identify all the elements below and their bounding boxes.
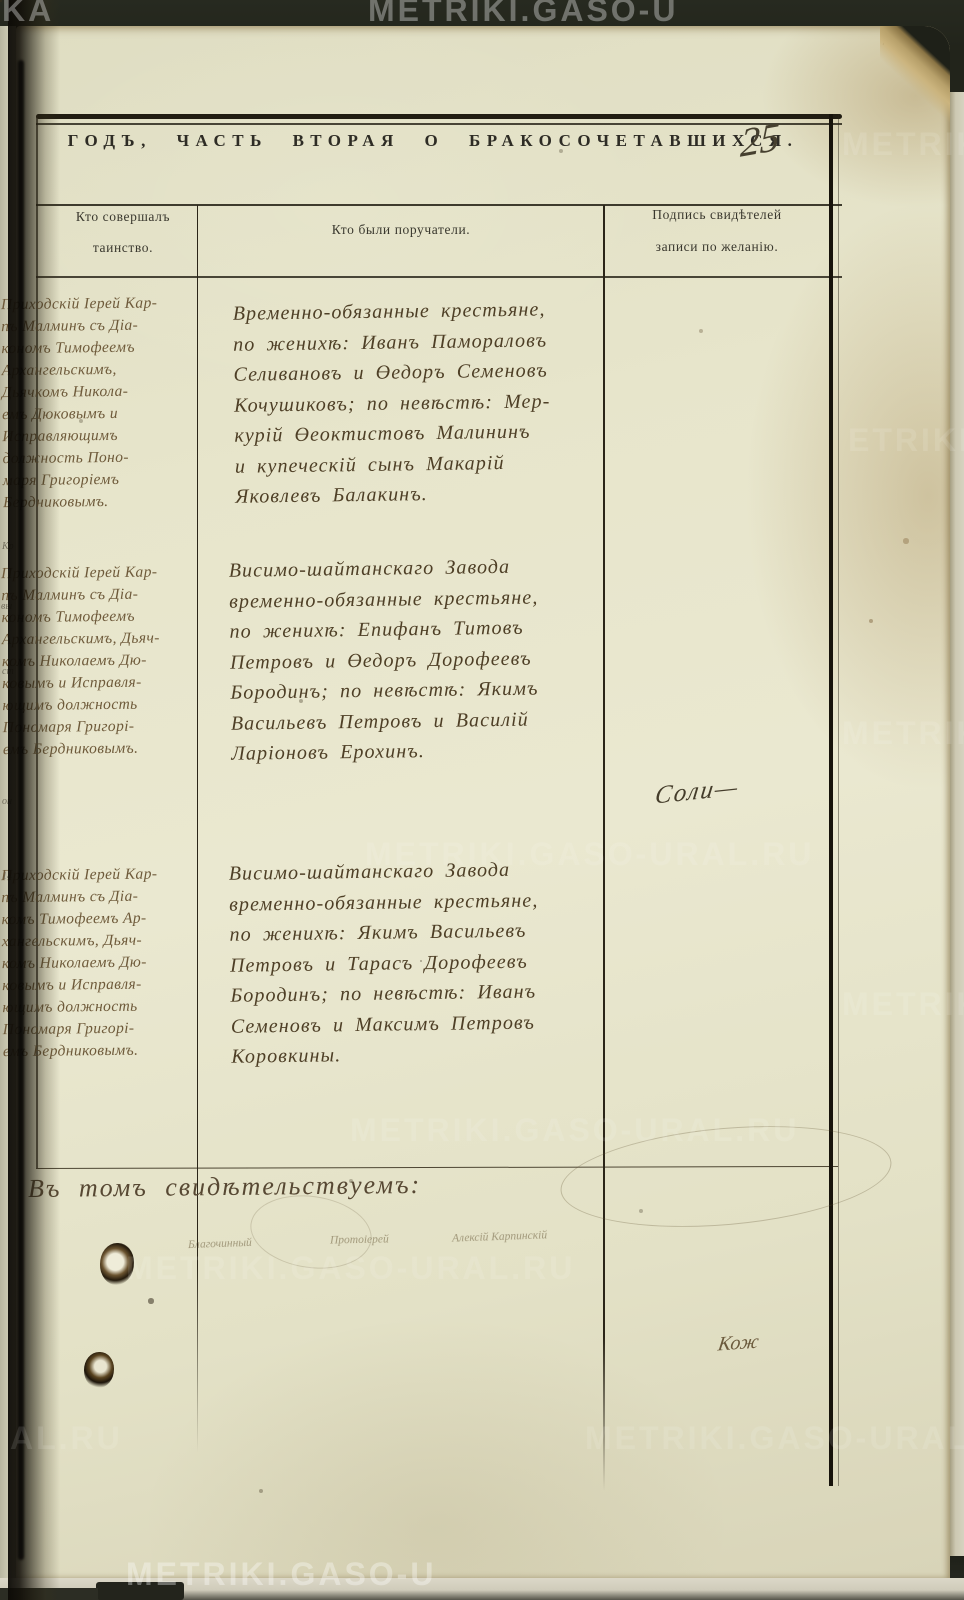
watermark-text: AL.RU <box>10 1420 123 1457</box>
handwritten-line: комъ Николаемъ Дю- <box>2 951 214 975</box>
handwritten-line: Бердниковымъ. <box>3 490 215 514</box>
handwritten-line: кономъ Тимофеемъ <box>1 336 213 360</box>
handwritten-line: ющимъ должность <box>2 693 214 717</box>
handwritten-line: маря Григоріемъ <box>3 468 215 492</box>
entry1-officiant-text: Приходскій Іерей Кар-пъ Малминъ съ Діа-к… <box>1 292 215 514</box>
table-right-border-inner <box>838 114 839 1486</box>
watermark-text: ETRIKI <box>848 422 964 459</box>
handwritten-line: Дьячкомъ Никола- <box>2 380 214 404</box>
gutter-shadow <box>18 60 24 1560</box>
handwritten-line: кономъ Тимофеемъ <box>1 605 213 629</box>
attestation-text: Въ томъ свидѣтельствуемъ: <box>28 1170 421 1204</box>
register-title: ГОДЪ, ЧАСТЬ ВТОРАЯ О БРАКОСОЧЕТАВШИХСЯ. <box>36 131 830 151</box>
paper-sheet <box>16 26 950 1581</box>
watermark-text: METRIKI.GASO-U <box>126 1556 436 1593</box>
handwritten-line: ковымъ и Исправля- <box>2 671 214 695</box>
entry1-witnesses-text: Временно-обязанные крестьяне,по женихѣ: … <box>233 293 636 512</box>
handwritten-line: Приходскій Іерей Кар- <box>1 292 213 316</box>
handwritten-line: Приходскій Іерей Кар- <box>1 863 213 887</box>
entry2-witnesses-text: Висимо-шайтанскаго Заводавременно-обязан… <box>229 550 632 769</box>
watermark-text: METRIKI <box>842 126 964 163</box>
previous-page-edge: Кр вы ст он 14 <box>0 26 16 1578</box>
handwritten-line: Пономаря Григорі- <box>3 1017 215 1041</box>
handwritten-line: Пономаря Григорі- <box>3 715 215 739</box>
handwritten-line: пъ Малминъ съ Діа- <box>1 885 213 909</box>
handwritten-line: Яковлевъ Балакинъ. <box>235 476 635 512</box>
handwritten-line: ковымъ и Исправля- <box>2 973 214 997</box>
bottom-shadow <box>0 1588 98 1600</box>
watermark-text: METRIKI.GASO-URAL.RU <box>585 1420 964 1457</box>
margin-annotation: Кож <box>716 1330 760 1356</box>
watermark-text: METRIKI.GASO-URAL.RU <box>126 1250 575 1287</box>
watermark-text: KA <box>2 0 54 29</box>
table-top-border <box>36 114 842 119</box>
watermark-text: METRIKI.GASO-U <box>368 0 678 29</box>
column-header-officiant-line2: таинство. <box>50 240 196 256</box>
entry3-officiant-text: Приходскій Іерей Кар-пъ Малминъ съ Діа-к… <box>1 863 215 1063</box>
handwritten-line: емъ Бердниковымъ. <box>3 737 215 761</box>
entry3-witnesses-text: Висимо-шайтанскаго Заводавременно-обязан… <box>229 853 632 1072</box>
watermark-text: METRIKI.GASO-URAL.RU <box>350 1112 799 1149</box>
handwritten-line: пъ Малминъ съ Діа- <box>1 314 213 338</box>
handwritten-line: Приходскій Іерей Кар- <box>1 561 213 585</box>
column-header-witnesses: Кто были поручатели. <box>198 222 604 238</box>
column-header-signature-line1: Подпись свидѣтелей <box>606 207 828 223</box>
handwritten-line: Архангельскимъ, <box>2 358 214 382</box>
entry-page-number: 25 <box>739 112 780 167</box>
handwritten-line: комъ Тимофеемъ Ар- <box>1 907 213 931</box>
bleedthrough-text: Кр <box>2 541 14 552</box>
handwritten-line: Архангельскимъ, Дьяч- <box>2 627 214 651</box>
handwritten-line: Ларіоновъ Ерохинъ. <box>231 733 631 769</box>
handwritten-line: комъ Николаемъ Дю- <box>2 649 214 673</box>
handwritten-line: Исправляющимъ <box>2 424 214 448</box>
column-header-officiant-line1: Кто совершалъ <box>50 209 196 225</box>
watermark-text: METRIKI <box>842 715 964 752</box>
handwritten-line: должность Поно- <box>2 446 214 470</box>
title-underline <box>36 204 842 206</box>
torn-corner <box>880 26 950 130</box>
scanned-register-page: Кр вы ст он 14 75 ГОДЪ, ЧАСТЬ ВТОРАЯ О Б… <box>0 0 964 1600</box>
watermark-text: METRIKI.GASO-URAL.RU <box>365 836 814 873</box>
handwritten-line: пъ Малминъ съ Діа- <box>1 583 213 607</box>
signature: Протоіерей <box>330 1233 389 1246</box>
handwritten-line: Коровкины. <box>231 1036 631 1072</box>
handwritten-line: хангельскимъ, Дьяч- <box>2 929 214 953</box>
page-stack-edge <box>950 92 964 1556</box>
handwritten-line: емъ Дюковымъ и <box>2 402 214 426</box>
table-right-border <box>829 114 833 1486</box>
column-header-signature-line2: записи по желанію. <box>606 239 828 255</box>
header-underline <box>36 276 842 278</box>
watermark-text: METRIKI <box>842 986 964 1023</box>
signature: Благочинный <box>188 1237 252 1251</box>
table-top-border-inner <box>36 123 842 125</box>
entry2-officiant-text: Приходскій Іерей Кар-пъ Малминъ съ Діа-к… <box>1 561 215 761</box>
handwritten-line: емъ Бердниковымъ. <box>3 1039 215 1063</box>
handwritten-line: ющимъ должность <box>2 995 214 1019</box>
bleedthrough-text: он <box>2 796 12 807</box>
